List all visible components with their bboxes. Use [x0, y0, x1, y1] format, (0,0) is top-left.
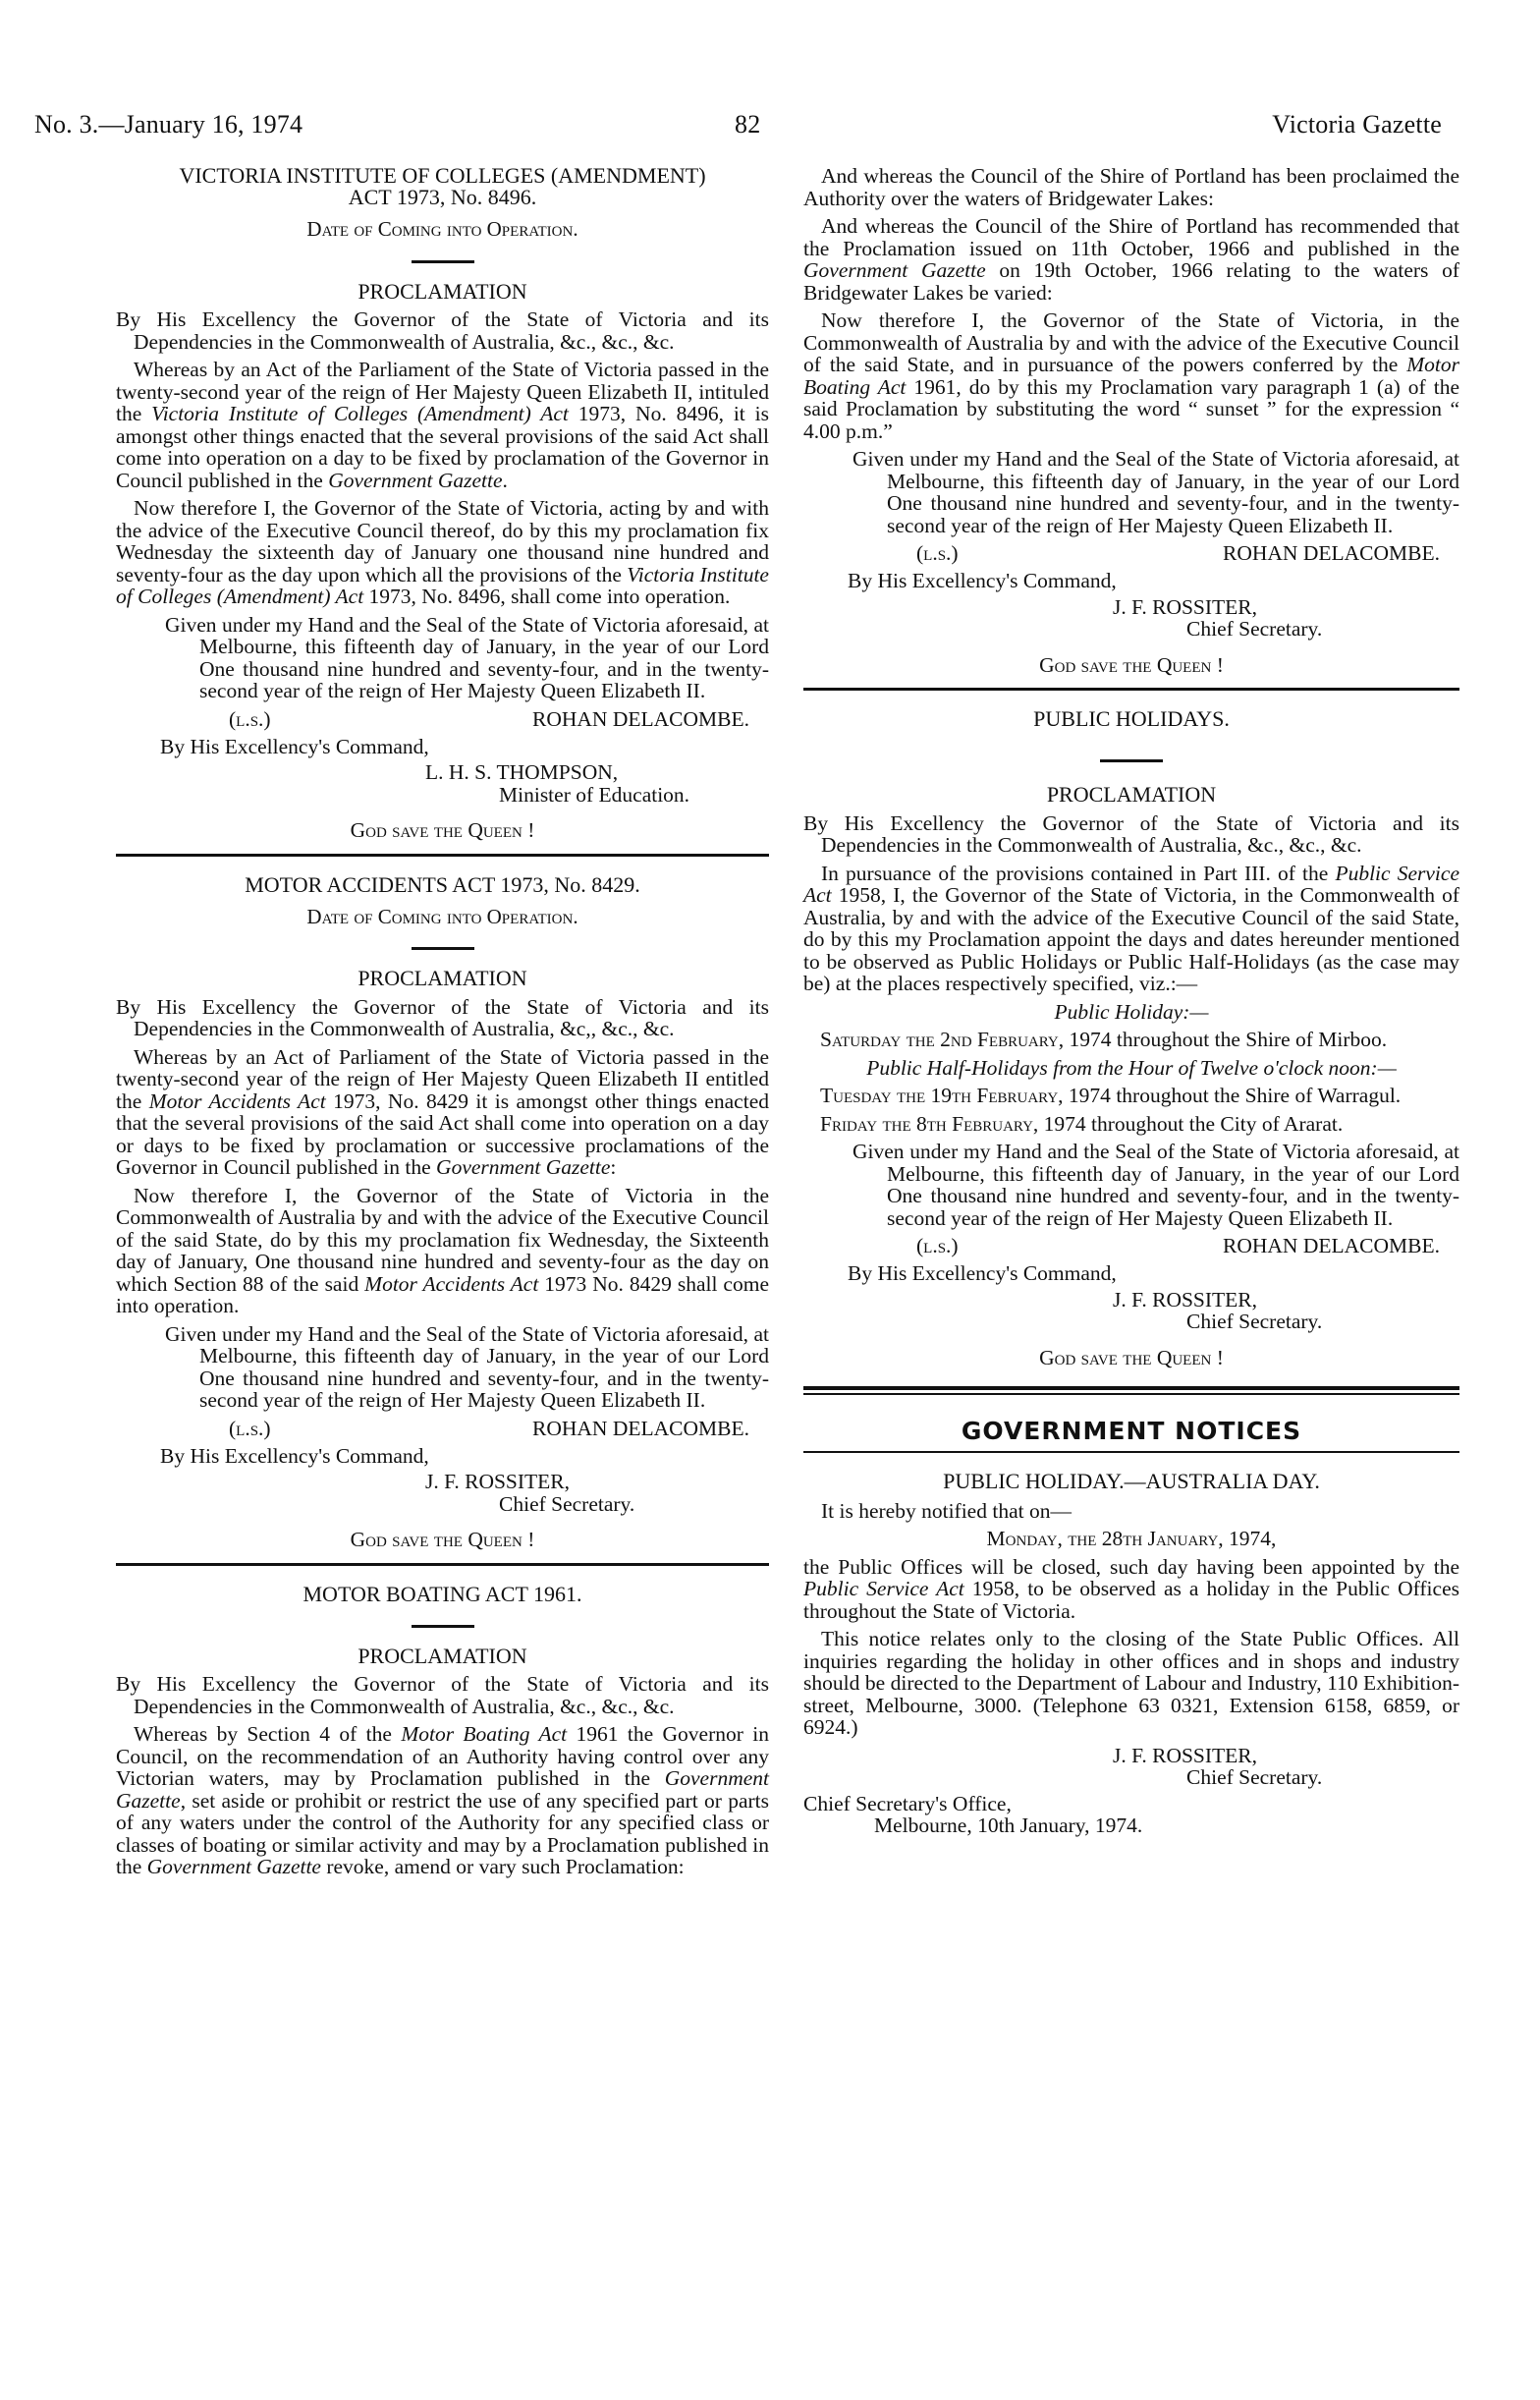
- signer-title: Chief Secretary.: [803, 1311, 1459, 1333]
- notice-title: VICTORIA INSTITUTE OF COLLEGES (AMENDMEN…: [116, 165, 769, 187]
- now-therefore-paragraph: Now therefore I, the Governor of the Sta…: [116, 497, 769, 608]
- notice-subtitle: Date of Coming into Operation.: [116, 218, 769, 241]
- god-save-the-queen: God save the Queen !: [116, 819, 769, 842]
- signer-name: J. F. ROSSITER,: [803, 1289, 1459, 1312]
- governor-signature: ROHAN DELACOMBE.: [1223, 542, 1440, 565]
- section-divider: [116, 854, 769, 857]
- command-line: By His Excellency's Command,: [803, 1262, 1459, 1285]
- notice-title: PUBLIC HOLIDAY.—AUSTRALIA DAY.: [803, 1471, 1459, 1492]
- short-rule: [412, 947, 474, 950]
- notice-motor-boating-act: MOTOR BOATING ACT 1961. PROCLAMATION By …: [116, 1584, 769, 1878]
- signer-name: J. F. ROSSITER,: [803, 1745, 1459, 1767]
- seal-mark: (l.s.): [916, 1235, 959, 1257]
- signer-title: Chief Secretary.: [803, 1766, 1459, 1789]
- now-therefore-paragraph: Now therefore I, the Governor of the Sta…: [116, 1185, 769, 1317]
- seal-mark: (l.s.): [916, 542, 959, 565]
- whereas-paragraph: Whereas by an Act of the Parliament of t…: [116, 359, 769, 491]
- holiday-entry: Saturday the 2nd February, 1974 througho…: [803, 1029, 1459, 1051]
- seal-signature-row: (l.s.) ROHAN DELACOMBE.: [803, 1235, 1459, 1260]
- seal-signature-row: (l.s.) ROHAN DELACOMBE.: [116, 1418, 769, 1443]
- government-notices: GOVERNMENT NOTICES PUBLIC HOLIDAY.—AUSTR…: [803, 1421, 1459, 1837]
- signer-name: J. F. ROSSITER,: [116, 1471, 769, 1493]
- notice-body: the Public Offices will be closed, such …: [803, 1556, 1459, 1623]
- half-holiday-entry: Friday the 8th February, 1974 throughout…: [803, 1113, 1459, 1136]
- command-line: By His Excellency's Command,: [116, 1445, 769, 1468]
- short-rule: [412, 260, 474, 263]
- half-holiday-heading: Public Half-Holidays from the Hour of Tw…: [803, 1057, 1459, 1080]
- whereas-paragraph: Whereas by Section 4 of the Motor Boatin…: [116, 1723, 769, 1878]
- short-rule: [1100, 759, 1163, 762]
- by-his-excellency: By His Excellency the Governor of the St…: [803, 812, 1459, 857]
- signer-name: J. F. ROSSITER,: [803, 596, 1459, 619]
- by-his-excellency: By His Excellency the Governor of the St…: [116, 996, 769, 1040]
- office-date: Melbourne, 10th January, 1974.: [803, 1814, 1459, 1837]
- governor-signature: ROHAN DELACOMBE.: [1223, 1235, 1440, 1257]
- by-his-excellency: By His Excellency the Governor of the St…: [116, 308, 769, 353]
- notice-motor-boating-continued: And whereas the Council of the Shire of …: [803, 165, 1459, 676]
- god-save-the-queen: God save the Queen !: [803, 654, 1459, 677]
- public-holiday-heading: Public Holiday:—: [803, 1001, 1459, 1024]
- notice-title: MOTOR BOATING ACT 1961.: [116, 1584, 769, 1605]
- seal-mark: (l.s.): [229, 1418, 271, 1440]
- by-his-excellency: By His Excellency the Governor of the St…: [116, 1673, 769, 1717]
- proclamation-heading: PROCLAMATION: [116, 968, 769, 990]
- notice-title-line2: ACT 1973, No. 8496.: [116, 187, 769, 208]
- publication-title: Victoria Gazette: [1272, 110, 1442, 140]
- seal-mark: (l.s.): [229, 708, 271, 731]
- given-under-hand: Given under my Hand and the Seal of the …: [150, 1323, 769, 1412]
- proclamation-heading: PROCLAMATION: [116, 1646, 769, 1668]
- signer-name: L. H. S. THOMPSON,: [116, 761, 769, 784]
- notice-public-holidays: PUBLIC HOLIDAYS. PROCLAMATION By His Exc…: [803, 708, 1459, 1368]
- and-whereas-paragraph: And whereas the Council of the Shire of …: [803, 165, 1459, 209]
- proclamation-heading: PROCLAMATION: [803, 784, 1459, 807]
- proclamation-heading: PROCLAMATION: [116, 281, 769, 304]
- notice-title: MOTOR ACCIDENTS ACT 1973, No. 8429.: [116, 874, 769, 896]
- heading-underline: [803, 1451, 1459, 1453]
- god-save-the-queen: God save the Queen !: [116, 1529, 769, 1551]
- now-therefore-paragraph: Now therefore I, the Governor of the Sta…: [803, 309, 1459, 442]
- and-whereas-paragraph: And whereas the Council of the Shire of …: [803, 215, 1459, 304]
- seal-signature-row: (l.s.) ROHAN DELACOMBE.: [116, 708, 769, 734]
- page-number: 82: [735, 110, 760, 140]
- government-notices-heading: GOVERNMENT NOTICES: [803, 1421, 1459, 1443]
- office-name: Chief Secretary's Office,: [803, 1793, 1459, 1815]
- notice-intro: It is hereby notified that on—: [803, 1500, 1459, 1523]
- seal-signature-row: (l.s.) ROHAN DELACOMBE.: [803, 542, 1459, 568]
- left-column: VICTORIA INSTITUTE OF COLLEGES (AMENDMEN…: [116, 165, 769, 1884]
- given-under-hand: Given under my Hand and the Seal of the …: [838, 448, 1459, 536]
- issue-number-date: No. 3.—January 16, 1974: [34, 110, 302, 140]
- half-holiday-entry: Tuesday the 19th February, 1974 througho…: [803, 1085, 1459, 1107]
- short-rule: [412, 1625, 474, 1628]
- signer-title: Chief Secretary.: [116, 1493, 769, 1516]
- command-line: By His Excellency's Command,: [803, 570, 1459, 592]
- signer-title: Chief Secretary.: [803, 618, 1459, 641]
- notice-motor-accidents-act: MOTOR ACCIDENTS ACT 1973, No. 8429. Date…: [116, 874, 769, 1551]
- signer-title: Minister of Education.: [116, 784, 769, 807]
- governor-signature: ROHAN DELACOMBE.: [532, 708, 749, 731]
- notice-title: PUBLIC HOLIDAYS.: [803, 708, 1459, 730]
- notice-inquiries: This notice relates only to the closing …: [803, 1628, 1459, 1739]
- section-divider: [116, 1563, 769, 1566]
- notice-victoria-institute-of-colleges: VICTORIA INSTITUTE OF COLLEGES (AMENDMEN…: [116, 165, 769, 842]
- command-line: By His Excellency's Command,: [116, 736, 769, 758]
- holiday-date: Monday, the 28th January, 1974,: [803, 1528, 1459, 1550]
- given-under-hand: Given under my Hand and the Seal of the …: [150, 614, 769, 702]
- pursuance-paragraph: In pursuance of the provisions contained…: [803, 863, 1459, 995]
- god-save-the-queen: God save the Queen !: [803, 1347, 1459, 1369]
- governor-signature: ROHAN DELACOMBE.: [532, 1418, 749, 1440]
- section-divider: [803, 688, 1459, 691]
- double-rule: [803, 1386, 1459, 1395]
- notice-subtitle: Date of Coming into Operation.: [116, 906, 769, 928]
- whereas-paragraph: Whereas by an Act of Parliament of the S…: [116, 1046, 769, 1179]
- right-column: And whereas the Council of the Shire of …: [803, 165, 1459, 1837]
- given-under-hand: Given under my Hand and the Seal of the …: [838, 1141, 1459, 1229]
